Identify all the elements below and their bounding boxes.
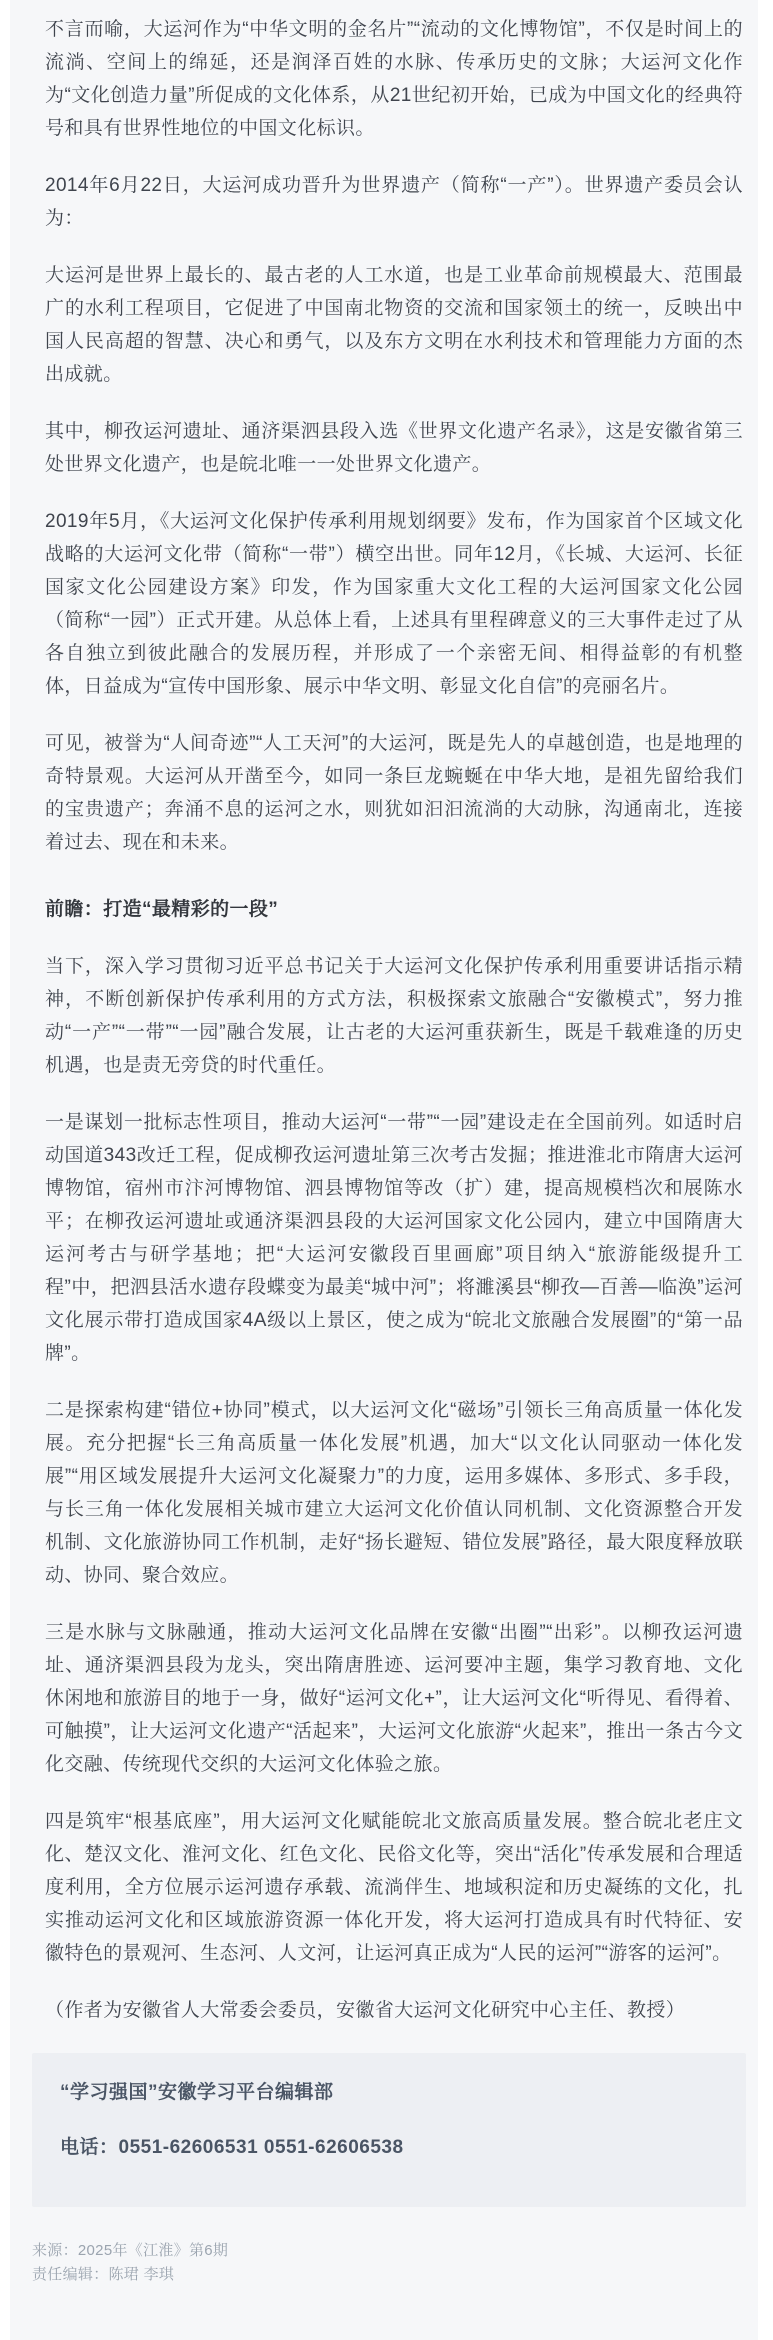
article-paragraph: 当下，深入学习贯彻习近平总书记关于大运河文化保护传承利用重要讲话指示精神，不断创… xyxy=(45,950,743,1082)
editor-line: 责任编辑：陈珺 李琪 xyxy=(32,2263,743,2287)
article-paragraph: 不言而喻，大运河作为“中华文明的金名片”“流动的文化博物馆”，不仅是时间上的流淌… xyxy=(45,13,743,145)
article-paragraph: 四是筑牢“根基底座”，用大运河文化赋能皖北文旅高质量发展。整合皖北老庄文化、楚汉… xyxy=(45,1805,743,1970)
article-paragraph: 三是水脉与文脉融通，推动大运河文化品牌在安徽“出圈”“出彩”。以柳孜运河遗址、通… xyxy=(45,1616,743,1781)
article-paragraph: 大运河是世界上最长的、最古老的人工水道，也是工业革命前规模最大、范围最广的水利工… xyxy=(45,259,743,391)
article-paragraph: 2014年6月22日，大运河成功晋升为世界遗产（简称“一产”）。世界遗产委员会认… xyxy=(45,169,743,235)
content-card: 不言而喻，大运河作为“中华文明的金名片”“流动的文化博物馆”，不仅是时间上的流淌… xyxy=(10,0,758,2340)
contact-department: “学习强国”安徽学习平台编辑部 xyxy=(60,2080,726,2106)
page: 不言而喻，大运河作为“中华文明的金名片”“流动的文化博物馆”，不仅是时间上的流淌… xyxy=(0,0,773,2340)
article-paragraph: 其中，柳孜运河遗址、通济渠泗县段入选《世界文化遗产名录》，这是安徽省第三处世界文… xyxy=(45,415,743,481)
article-paragraph: 一是谋划一批标志性项目，推动大运河“一带”“一园”建设走在全国前列。如适时启动国… xyxy=(45,1106,743,1370)
contact-phone: 电话：0551-62606531 0551-62606538 xyxy=(60,2135,726,2161)
article-body: 不言而喻，大运河作为“中华文明的金名片”“流动的文化博物馆”，不仅是时间上的流淌… xyxy=(45,13,743,2027)
section-heading: 前瞻：打造“最精彩的一段” xyxy=(45,893,743,926)
source-line: 来源：2025年《江淮》第6期 xyxy=(32,2239,743,2263)
article-meta: 来源：2025年《江淮》第6期 责任编辑：陈珺 李琪 xyxy=(32,2239,743,2287)
article-paragraph: 2019年5月，《大运河文化保护传承利用规划纲要》发布，作为国家首个区域文化战略… xyxy=(45,505,743,703)
article-paragraph: 可见，被誉为“人间奇迹”“人工天河”的大运河，既是先人的卓越创造，也是地理的奇特… xyxy=(45,727,743,859)
article-paragraph: 二是探索构建“错位+协同”模式，以大运河文化“磁场”引领长三角高质量一体化发展。… xyxy=(45,1394,743,1592)
author-note: （作者为安徽省人大常委会委员，安徽省大运河文化研究中心主任、教授） xyxy=(45,1994,743,2027)
contact-box: “学习强国”安徽学习平台编辑部 电话：0551-62606531 0551-62… xyxy=(32,2053,746,2207)
